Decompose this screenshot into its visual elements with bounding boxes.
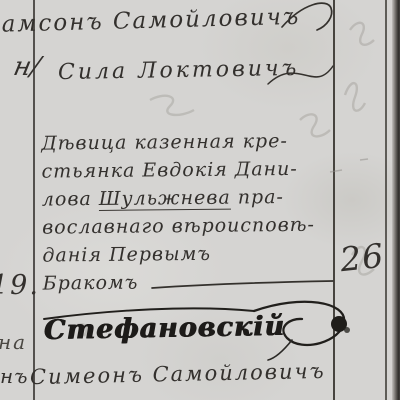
handwriting-line-name3: Симеонъ Самойловичъ [30, 359, 326, 389]
paragraph-line-5: данія Первымъ [42, 238, 342, 269]
handwriting-line-name2: Сила Локтовичъ [58, 56, 300, 85]
handwriting-line-name1: Самсонъ Самойловичъ [0, 4, 301, 38]
paragraph-line-4: вославнаго вѣроисповѣ- [42, 210, 342, 241]
paragraph-line-3-underlined-surname: Шульжнева [99, 187, 231, 211]
entry-number-26: 26 [338, 236, 386, 279]
ghost-squiggle [150, 96, 194, 115]
column-rule-right [385, 0, 387, 400]
bottom-line-prefix: нъ [0, 364, 29, 388]
ghost-dash [360, 159, 368, 160]
ghost-squiggle [345, 83, 365, 111]
register-page-scan: Самсонъ Самойловичъ н/ Сила Локтовичъ Дѣ… [0, 0, 400, 400]
signature-descender [268, 340, 292, 360]
paragraph-line-6: Бракомъ [43, 266, 343, 297]
paragraph-line-3: лова Шульжнева пра- [42, 182, 342, 213]
signature-prefix: на [0, 330, 27, 354]
handwriting-paragraph: Дѣвица казенная кре- стьянка Евдокія Дан… [41, 126, 343, 297]
paragraph-line-1: Дѣвица казенная кре- [41, 126, 341, 157]
priest-signature: Стефановскій [44, 311, 286, 346]
ink-blot-satellite [344, 327, 350, 333]
page-edge-shadow [392, 0, 400, 400]
ghost-squiggle [350, 23, 374, 45]
margin-number-19: 19. [0, 270, 40, 301]
paragraph-line-3-post: пра- [231, 186, 284, 209]
paragraph-line-3-pre: лова [42, 188, 99, 211]
handwriting-margin-mark: н/ [11, 52, 43, 82]
paragraph-line-2: стьянка Евдокія Дани- [41, 154, 341, 185]
